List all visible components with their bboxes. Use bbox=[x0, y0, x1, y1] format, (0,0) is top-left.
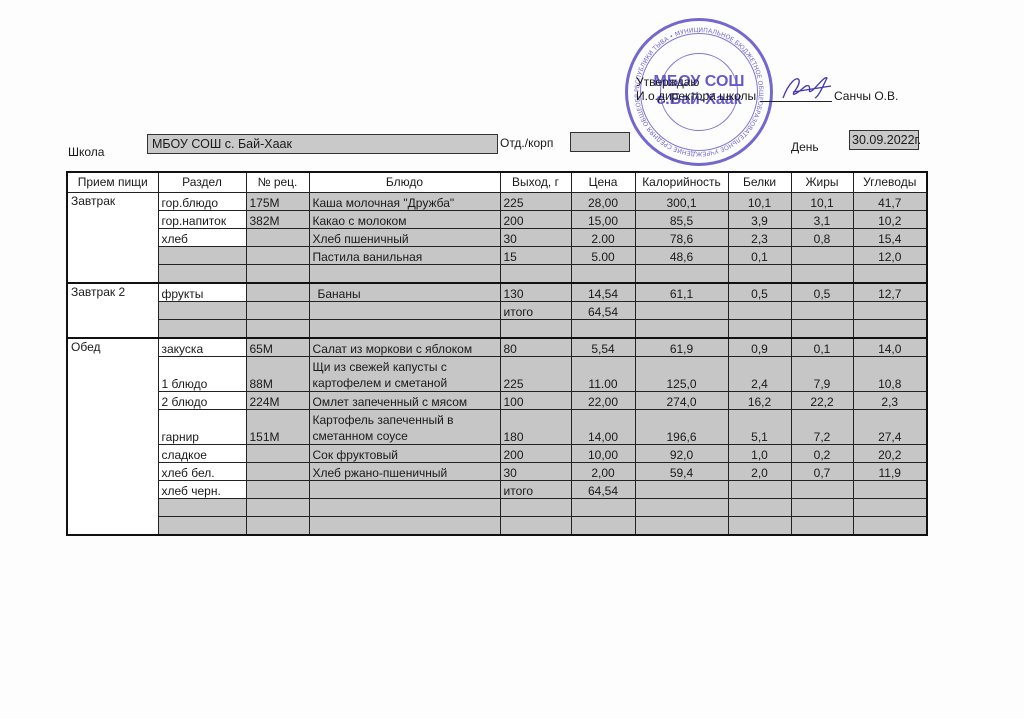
yield-cell: итого bbox=[500, 481, 571, 499]
price-cell: 64,54 bbox=[571, 481, 635, 499]
kcal-cell bbox=[635, 265, 728, 284]
section-cell bbox=[158, 517, 246, 536]
section-cell: сладкое bbox=[158, 445, 246, 463]
protein-cell bbox=[728, 499, 791, 517]
kcal-cell: 125,0 bbox=[635, 357, 728, 392]
section-cell: хлеб bbox=[158, 229, 246, 247]
dish-cell: Пастила ванильная bbox=[309, 247, 500, 265]
fat-cell bbox=[791, 481, 853, 499]
carbs-cell bbox=[853, 265, 927, 284]
section-cell bbox=[158, 320, 246, 339]
carbs-cell bbox=[853, 302, 927, 320]
school-label: Школа bbox=[68, 145, 104, 159]
section-cell: гор.напиток bbox=[158, 211, 246, 229]
table-row bbox=[67, 499, 927, 517]
dish-cell bbox=[309, 481, 500, 499]
yield-cell: 30 bbox=[500, 463, 571, 481]
table-row: Обедзакуска65МСалат из моркови с яблоком… bbox=[67, 338, 927, 357]
yield-cell: 200 bbox=[500, 211, 571, 229]
fat-cell: 0,2 bbox=[791, 445, 853, 463]
column-header: Жиры bbox=[791, 172, 853, 193]
yield-cell: 200 bbox=[500, 445, 571, 463]
section-cell: закуска bbox=[158, 338, 246, 357]
dish-cell: Омлет запеченный с мясом bbox=[309, 392, 500, 410]
table-row: Завтракгор.блюдо175МКаша молочная "Дружб… bbox=[67, 193, 927, 211]
protein-cell: 2,4 bbox=[728, 357, 791, 392]
kcal-cell: 274,0 bbox=[635, 392, 728, 410]
yield-cell bbox=[500, 265, 571, 284]
carbs-cell bbox=[853, 517, 927, 536]
price-cell bbox=[571, 499, 635, 517]
price-cell: 5,54 bbox=[571, 338, 635, 357]
price-cell: 64,54 bbox=[571, 302, 635, 320]
recipe-cell: 88М bbox=[246, 357, 309, 392]
dish-cell bbox=[309, 302, 500, 320]
fat-cell: 3,1 bbox=[791, 211, 853, 229]
fat-cell: 0,5 bbox=[791, 283, 853, 302]
carbs-cell: 27,4 bbox=[853, 410, 927, 445]
dept-label: Отд./корп bbox=[500, 136, 553, 150]
dish-cell: Каша молочная "Дружба" bbox=[309, 193, 500, 211]
fat-cell: 7,9 bbox=[791, 357, 853, 392]
carbs-cell: 14,0 bbox=[853, 338, 927, 357]
protein-cell: 2,0 bbox=[728, 463, 791, 481]
fat-cell: 7,2 bbox=[791, 410, 853, 445]
price-cell: 11.00 bbox=[571, 357, 635, 392]
carbs-cell: 12,0 bbox=[853, 247, 927, 265]
dish-cell: Сок фруктовый bbox=[309, 445, 500, 463]
dish-cell: Щи из свежей капусты с картофелем и смет… bbox=[309, 357, 500, 392]
fat-cell bbox=[791, 302, 853, 320]
recipe-cell bbox=[246, 481, 309, 499]
dish-cell bbox=[309, 499, 500, 517]
carbs-cell: 15,4 bbox=[853, 229, 927, 247]
table-row: 2 блюдо224МОмлет запеченный с мясом10022… bbox=[67, 392, 927, 410]
carbs-cell bbox=[853, 499, 927, 517]
kcal-cell: 196,6 bbox=[635, 410, 728, 445]
yield-cell: итого bbox=[500, 302, 571, 320]
yield-cell bbox=[500, 517, 571, 536]
price-cell bbox=[571, 320, 635, 339]
signer-name: Санчы О.В. bbox=[834, 89, 898, 103]
price-cell: 28,00 bbox=[571, 193, 635, 211]
table-row: гарнир151МКартофель запеченный в сметанн… bbox=[67, 410, 927, 445]
recipe-cell: 151М bbox=[246, 410, 309, 445]
protein-cell: 5,1 bbox=[728, 410, 791, 445]
kcal-cell bbox=[635, 499, 728, 517]
recipe-cell: 224М bbox=[246, 392, 309, 410]
table-row: хлеб черн.итого64,54 bbox=[67, 481, 927, 499]
kcal-cell: 78,6 bbox=[635, 229, 728, 247]
dish-cell bbox=[309, 265, 500, 284]
school-field: МБОУ СОШ с. Бай-Хаак bbox=[147, 134, 498, 154]
kcal-cell bbox=[635, 302, 728, 320]
section-cell: хлеб бел. bbox=[158, 463, 246, 481]
kcal-cell: 59,4 bbox=[635, 463, 728, 481]
signature-mark bbox=[775, 72, 833, 102]
column-header: Белки bbox=[728, 172, 791, 193]
price-cell: 22,00 bbox=[571, 392, 635, 410]
yield-cell: 225 bbox=[500, 193, 571, 211]
section-cell bbox=[158, 499, 246, 517]
section-cell bbox=[158, 247, 246, 265]
recipe-cell bbox=[246, 463, 309, 481]
menu-table: Прием пищиРаздел№ рец.БлюдоВыход, гЦенаК… bbox=[66, 171, 928, 536]
carbs-cell: 12,7 bbox=[853, 283, 927, 302]
meal-name-cell: Обед bbox=[67, 338, 158, 535]
kcal-cell: 85,5 bbox=[635, 211, 728, 229]
carbs-cell: 2,3 bbox=[853, 392, 927, 410]
carbs-cell bbox=[853, 481, 927, 499]
fat-cell: 22,2 bbox=[791, 392, 853, 410]
fat-cell bbox=[791, 265, 853, 284]
dept-field bbox=[570, 132, 630, 152]
carbs-cell: 10,2 bbox=[853, 211, 927, 229]
fat-cell: 0,8 bbox=[791, 229, 853, 247]
table-row bbox=[67, 320, 927, 339]
recipe-cell bbox=[246, 302, 309, 320]
recipe-cell bbox=[246, 499, 309, 517]
carbs-cell: 20,2 bbox=[853, 445, 927, 463]
section-cell bbox=[158, 302, 246, 320]
section-cell: 2 блюдо bbox=[158, 392, 246, 410]
fat-cell: 10,1 bbox=[791, 193, 853, 211]
protein-cell: 1,0 bbox=[728, 445, 791, 463]
protein-cell: 10,1 bbox=[728, 193, 791, 211]
yield-cell: 80 bbox=[500, 338, 571, 357]
dish-cell: Хлеб пшеничный bbox=[309, 229, 500, 247]
fat-cell: 0,7 bbox=[791, 463, 853, 481]
dish-cell: Какао с молоком bbox=[309, 211, 500, 229]
section-cell: гор.блюдо bbox=[158, 193, 246, 211]
recipe-cell bbox=[246, 517, 309, 536]
table-header-row: Прием пищиРаздел№ рец.БлюдоВыход, гЦенаК… bbox=[67, 172, 927, 193]
table-row: Пастила ванильная155.0048,60,112,0 bbox=[67, 247, 927, 265]
fat-cell bbox=[791, 517, 853, 536]
protein-cell: 3,9 bbox=[728, 211, 791, 229]
kcal-cell: 61,9 bbox=[635, 338, 728, 357]
carbs-cell: 41,7 bbox=[853, 193, 927, 211]
table-body: Завтракгор.блюдо175МКаша молочная "Дружб… bbox=[67, 193, 927, 536]
day-label: День bbox=[791, 140, 819, 154]
date-field: 30.09.2022г. bbox=[849, 130, 919, 150]
section-cell: хлеб черн. bbox=[158, 481, 246, 499]
table-row bbox=[67, 517, 927, 536]
table-row: гор.напиток382МКакао с молоком20015,0085… bbox=[67, 211, 927, 229]
column-header: Цена bbox=[571, 172, 635, 193]
recipe-cell: 65М bbox=[246, 338, 309, 357]
fat-cell bbox=[791, 320, 853, 339]
kcal-cell: 92,0 bbox=[635, 445, 728, 463]
table-row: хлеб бел.Хлеб ржано-пшеничный302,0059,42… bbox=[67, 463, 927, 481]
yield-cell bbox=[500, 320, 571, 339]
kcal-cell bbox=[635, 517, 728, 536]
fat-cell bbox=[791, 247, 853, 265]
recipe-cell bbox=[246, 229, 309, 247]
dish-cell: Картофель запеченный в сметанном соусе bbox=[309, 410, 500, 445]
section-cell bbox=[158, 265, 246, 284]
price-cell: 14,00 bbox=[571, 410, 635, 445]
protein-cell: 0,9 bbox=[728, 338, 791, 357]
price-cell bbox=[571, 265, 635, 284]
table-row: хлебХлеб пшеничный302.0078,62,30,815,4 bbox=[67, 229, 927, 247]
protein-cell bbox=[728, 320, 791, 339]
protein-cell: 0,5 bbox=[728, 283, 791, 302]
yield-cell bbox=[500, 499, 571, 517]
yield-cell: 225 bbox=[500, 357, 571, 392]
price-cell: 14,54 bbox=[571, 283, 635, 302]
table-row: 1 блюдо88МЩи из свежей капусты с картофе… bbox=[67, 357, 927, 392]
column-header: Калорийность bbox=[635, 172, 728, 193]
yield-cell: 180 bbox=[500, 410, 571, 445]
dish-cell: Хлеб ржано-пшеничный bbox=[309, 463, 500, 481]
kcal-cell: 48,6 bbox=[635, 247, 728, 265]
recipe-cell: 382М bbox=[246, 211, 309, 229]
table-row: Завтрак 2фруктыБананы13014,5461,10,50,51… bbox=[67, 283, 927, 302]
kcal-cell bbox=[635, 320, 728, 339]
meal-name-cell: Завтрак bbox=[67, 193, 158, 284]
kcal-cell: 300,1 bbox=[635, 193, 728, 211]
table-row: итого64,54 bbox=[67, 302, 927, 320]
yield-cell: 30 bbox=[500, 229, 571, 247]
column-header: Блюдо bbox=[309, 172, 500, 193]
price-cell: 2,00 bbox=[571, 463, 635, 481]
price-cell: 5.00 bbox=[571, 247, 635, 265]
recipe-cell bbox=[246, 283, 309, 302]
protein-cell bbox=[728, 517, 791, 536]
section-cell: гарнир bbox=[158, 410, 246, 445]
price-cell: 2.00 bbox=[571, 229, 635, 247]
carbs-cell: 11,9 bbox=[853, 463, 927, 481]
carbs-cell bbox=[853, 320, 927, 339]
recipe-cell bbox=[246, 445, 309, 463]
recipe-cell bbox=[246, 320, 309, 339]
table-row bbox=[67, 265, 927, 284]
dish-cell bbox=[309, 517, 500, 536]
column-header: № рец. bbox=[246, 172, 309, 193]
section-cell: 1 блюдо bbox=[158, 357, 246, 392]
meal-name-cell: Завтрак 2 bbox=[67, 283, 158, 338]
fat-cell: 0,1 bbox=[791, 338, 853, 357]
column-header: Раздел bbox=[158, 172, 246, 193]
price-cell: 15,00 bbox=[571, 211, 635, 229]
protein-cell: 2,3 bbox=[728, 229, 791, 247]
dish-cell: Салат из моркови с яблоком bbox=[309, 338, 500, 357]
kcal-cell: 61,1 bbox=[635, 283, 728, 302]
column-header: Выход, г bbox=[500, 172, 571, 193]
protein-cell: 16,2 bbox=[728, 392, 791, 410]
yield-cell: 130 bbox=[500, 283, 571, 302]
price-cell: 10,00 bbox=[571, 445, 635, 463]
recipe-cell: 175М bbox=[246, 193, 309, 211]
dish-cell bbox=[309, 320, 500, 339]
dish-cell: Бананы bbox=[309, 283, 500, 302]
yield-cell: 15 bbox=[500, 247, 571, 265]
recipe-cell bbox=[246, 247, 309, 265]
protein-cell bbox=[728, 302, 791, 320]
column-header: Углеводы bbox=[853, 172, 927, 193]
table-row: сладкоеСок фруктовый20010,0092,01,00,220… bbox=[67, 445, 927, 463]
yield-cell: 100 bbox=[500, 392, 571, 410]
price-cell bbox=[571, 517, 635, 536]
protein-cell: 0,1 bbox=[728, 247, 791, 265]
section-cell: фрукты bbox=[158, 283, 246, 302]
fat-cell bbox=[791, 499, 853, 517]
protein-cell bbox=[728, 481, 791, 499]
recipe-cell bbox=[246, 265, 309, 284]
kcal-cell bbox=[635, 481, 728, 499]
carbs-cell: 10,8 bbox=[853, 357, 927, 392]
position-label: И.о.директора школы bbox=[636, 89, 756, 103]
approve-label: Утверждаю bbox=[636, 75, 699, 89]
protein-cell bbox=[728, 265, 791, 284]
column-header: Прием пищи bbox=[67, 172, 158, 193]
